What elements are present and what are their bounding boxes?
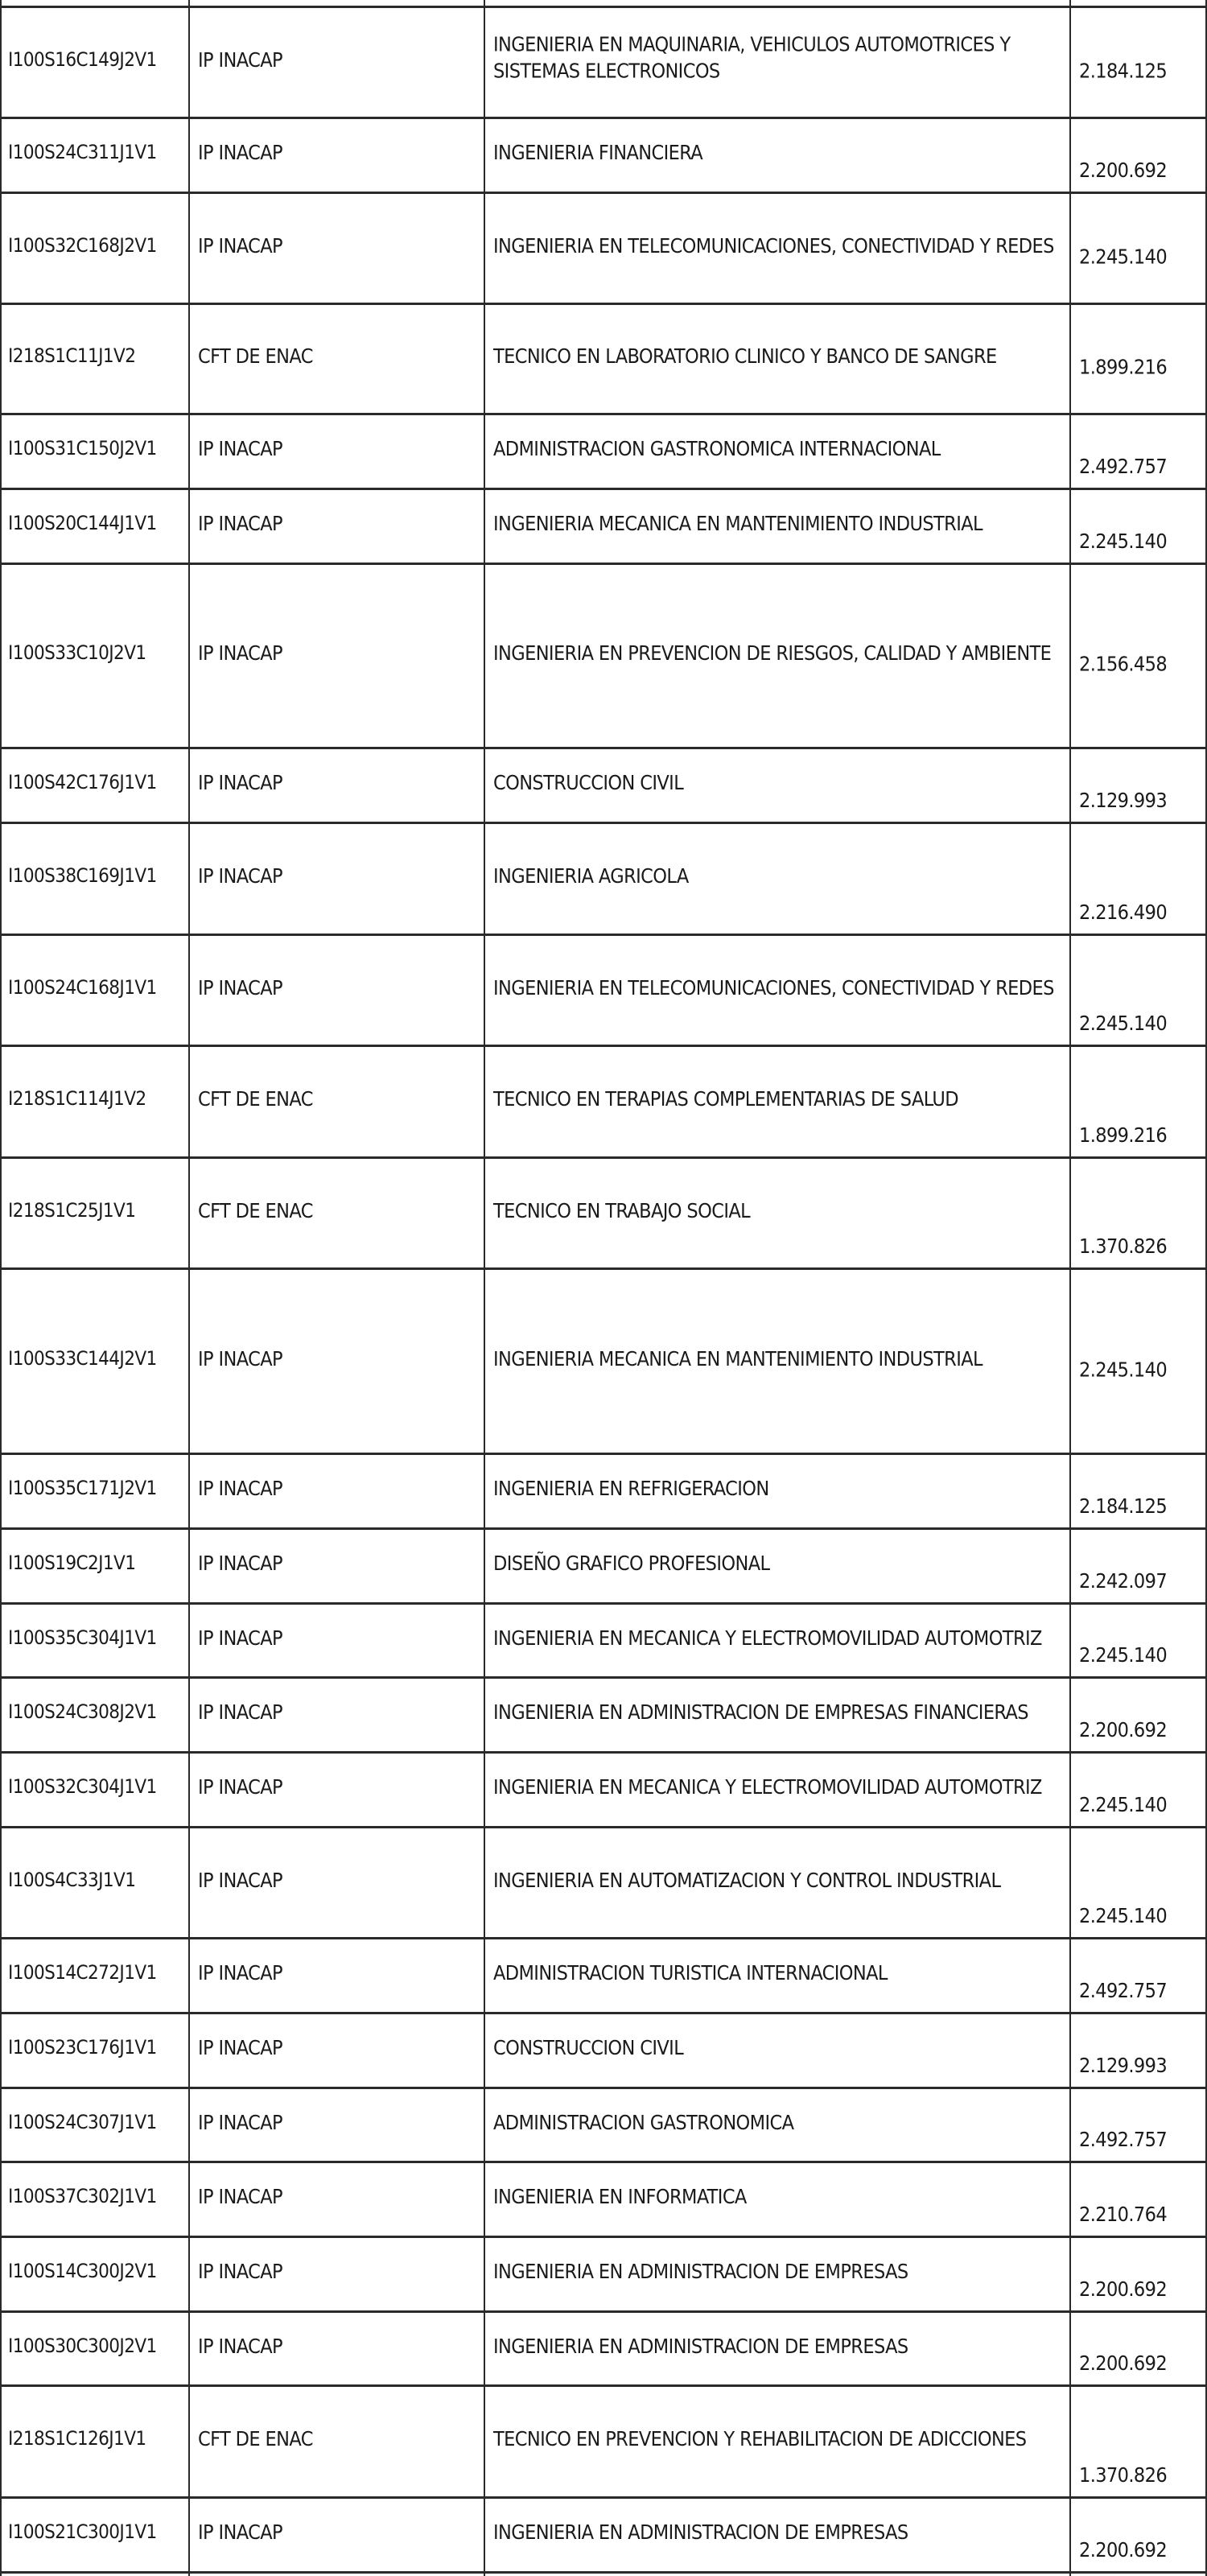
institution-cell: IP INACAP — [188, 824, 484, 934]
institution-cell: IP INACAP — [188, 119, 484, 192]
program-text: CONSTRUCCION CIVIL — [493, 769, 1065, 796]
code-cell: I100S33C144J2V1 — [0, 1270, 188, 1453]
institution-cell: IP INACAP — [188, 749, 484, 822]
amount-text: 2.245.140 — [1079, 243, 1201, 270]
amount-text: 2.242.097 — [1079, 1568, 1201, 1594]
amount-text: 2.492.757 — [1079, 453, 1201, 480]
program-cell: INGENIERIA EN MECANICA Y ELECTROMOVILIDA… — [484, 1754, 1069, 1826]
amount-cell: 2.245.140 — [1069, 1754, 1207, 1826]
program-cell: INGENIERIA EN REFRIGERACION — [484, 1455, 1069, 1527]
amount-cell: 2.200.692 — [1069, 2238, 1207, 2310]
amount-cell: 2.245.140 — [1069, 936, 1207, 1045]
table-row: I100S37C302J1V1IP INACAPINGENIERIA EN IN… — [0, 2161, 1207, 2236]
program-text: INGENIERIA EN REFRIGERACION — [493, 1475, 1065, 1502]
institution-cell: IP INACAP — [188, 2499, 484, 2571]
code-text: I100S4C33J1V1 — [8, 1867, 185, 1894]
program-text: INGENIERIA EN TELECOMUNICACIONES, CONECT… — [493, 233, 1065, 259]
table-row: I100S14C272J1V1IP INACAPADMINISTRACION T… — [0, 1937, 1207, 2012]
code-cell: I100S37C302J1V1 — [0, 2163, 188, 2236]
code-text: I100S32C168J2V1 — [8, 233, 185, 259]
code-text: I100S42C176J1V1 — [8, 769, 185, 796]
amount-text: 2.200.692 — [1079, 2276, 1201, 2302]
code-text: I100S20C144J1V1 — [8, 510, 185, 537]
program-text: TECNICO EN PREVENCION Y REHABILITACION D… — [493, 2426, 1065, 2452]
institution-cell: IP INACAP — [188, 2089, 484, 2161]
code-cell: I100S24C308J2V1 — [0, 1679, 188, 1751]
program-text: INGENIERIA EN MAQUINARIA, VEHICULOS AUTO… — [493, 31, 1065, 84]
program-text: ADMINISTRACION TURISTICA INTERNACIONAL — [493, 1960, 1065, 1986]
program-text: INGENIERIA EN TELECOMUNICACIONES, CONECT… — [493, 975, 1065, 1001]
code-cell: I100S4C33J1V1 — [0, 1828, 188, 1937]
institution-text: IP INACAP — [198, 1475, 479, 1502]
amount-cell: 2.245.140 — [1069, 1270, 1207, 1453]
institution-text: IP INACAP — [198, 435, 479, 462]
institution-text: IP INACAP — [198, 2519, 479, 2545]
amount-cell: 1.370.826 — [1069, 2387, 1207, 2496]
code-text: I218S1C114J1V2 — [8, 1086, 185, 1112]
institution-cell: IP INACAP — [188, 565, 484, 747]
code-text: I100S38C169J1V1 — [8, 863, 185, 889]
institution-text: IP INACAP — [198, 2333, 479, 2360]
code-cell: I100S14C300J2V1 — [0, 2238, 188, 2310]
code-text: I100S33C144J2V1 — [8, 1346, 185, 1372]
institution-text: IP INACAP — [198, 1346, 479, 1372]
amount-text: 2.245.140 — [1079, 1642, 1201, 1668]
amount-cell: 2.200.692 — [1069, 119, 1207, 192]
table-row: I100S33C144J2V1IP INACAPINGENIERIA MECAN… — [0, 1267, 1207, 1453]
institution-text: IP INACAP — [198, 47, 479, 73]
amount-text: 2.245.140 — [1079, 1902, 1201, 1929]
code-cell: I100S32C304J1V1 — [0, 1754, 188, 1826]
institution-text: IP INACAP — [198, 2183, 479, 2210]
amount-text: 2.129.993 — [1079, 2052, 1201, 2079]
code-cell: I100S20C144J1V1 — [0, 490, 188, 563]
code-text: I100S21C300J1V1 — [8, 2519, 185, 2545]
amount-cell: 2.492.757 — [1069, 415, 1207, 488]
institution-text: CFT DE ENAC — [198, 343, 479, 369]
program-cell: INGENIERIA EN TELECOMUNICACIONES, CONECT… — [484, 194, 1069, 303]
institution-text: IP INACAP — [198, 139, 479, 166]
table-row: I100S21C300J1V1IP INACAPINGENIERIA EN AD… — [0, 2496, 1207, 2571]
code-cell: I100S21C300J1V1 — [0, 2499, 188, 2571]
table-row: I100S31C150J2V1IP INACAPADMINISTRACION G… — [0, 413, 1207, 488]
program-text: INGENIERIA EN ADMINISTRACION DE EMPRESAS — [493, 2333, 1065, 2360]
institution-cell: IP INACAP — [188, 1828, 484, 1937]
institution-text: CFT DE ENAC — [198, 1197, 479, 1224]
table-row: I100S30C300J2V1IP INACAPINGENIERIA EN AD… — [0, 2310, 1207, 2384]
code-text: I100S24C307J1V1 — [8, 2109, 185, 2136]
amount-text: 2.245.140 — [1079, 1791, 1201, 1818]
program-cell: INGENIERIA EN ADMINISTRACION DE EMPRESAS… — [484, 1679, 1069, 1751]
amount-cell: 2.245.140 — [1069, 194, 1207, 303]
table-row: I100S32C304J1V1IP INACAPINGENIERIA EN ME… — [0, 1751, 1207, 1826]
institution-text: IP INACAP — [198, 863, 479, 889]
institution-cell: IP INACAP — [188, 1939, 484, 2012]
program-text: ADMINISTRACION GASTRONOMICA INTERNACIONA… — [493, 435, 1065, 462]
program-text: INGENIERIA MECANICA EN MANTENIMIENTO IND… — [493, 510, 1065, 537]
table-row: I100S24C308J2V1IP INACAPINGENIERIA EN AD… — [0, 1676, 1207, 1751]
program-text: ADMINISTRACION GASTRONOMICA — [493, 2109, 1065, 2136]
institution-text: IP INACAP — [198, 769, 479, 796]
program-cell: CONSTRUCCION CIVIL — [484, 2014, 1069, 2087]
institution-cell: IP INACAP — [188, 1605, 484, 1676]
amount-cell: 1.899.216 — [1069, 305, 1207, 413]
program-cell: ADMINISTRACION GASTRONOMICA — [484, 2089, 1069, 2161]
code-text: I100S23C176J1V1 — [8, 2034, 185, 2061]
program-cell: INGENIERIA EN TELECOMUNICACIONES, CONECT… — [484, 936, 1069, 1045]
code-text: I100S30C300J2V1 — [8, 2333, 185, 2360]
institution-text: IP INACAP — [198, 2109, 479, 2136]
code-cell: I100S19C2J1V1 — [0, 1530, 188, 1602]
program-cell: INGENIERIA EN MECANICA Y ELECTROMOVILIDA… — [484, 1605, 1069, 1676]
amount-text: 2.184.125 — [1079, 1493, 1201, 1519]
program-text: INGENIERIA EN ADMINISTRACION DE EMPRESAS… — [493, 1699, 1065, 1725]
table-row: I100S35C171J2V1IP INACAPINGENIERIA EN RE… — [0, 1453, 1207, 1527]
amount-text: 2.245.140 — [1079, 528, 1201, 554]
amount-text: 1.370.826 — [1079, 2462, 1201, 2488]
program-cell: INGENIERIA MECANICA EN MANTENIMIENTO IND… — [484, 1270, 1069, 1453]
code-text: I100S24C308J2V1 — [8, 1699, 185, 1725]
amount-text: 1.370.826 — [1079, 1233, 1201, 1259]
amount-cell: 2.129.993 — [1069, 2014, 1207, 2087]
table-row: I100S19C2J1V1IP INACAPDISEÑO GRAFICO PRO… — [0, 1527, 1207, 1602]
amount-text: 2.184.125 — [1079, 57, 1201, 84]
program-cell: TECNICO EN TRABAJO SOCIAL — [484, 1159, 1069, 1267]
amount-text: 2.200.692 — [1079, 2350, 1201, 2376]
institution-cell: IP INACAP — [188, 1530, 484, 1602]
code-cell: I100S35C171J2V1 — [0, 1455, 188, 1527]
code-cell: I100S33C10J2V1 — [0, 565, 188, 747]
program-text: INGENIERIA EN PREVENCION DE RIESGOS, CAL… — [493, 640, 1065, 666]
table-row: I100S20C144J1V1IP INACAPINGENIERIA MECAN… — [0, 488, 1207, 563]
program-cell: INGENIERIA AGRICOLA — [484, 824, 1069, 934]
institution-cell: CFT DE ENAC — [188, 2387, 484, 2496]
program-text: INGENIERIA AGRICOLA — [493, 863, 1065, 889]
amount-cell: 2.184.125 — [1069, 8, 1207, 117]
table-row: I100S24C168J1V1IP INACAPINGENIERIA EN TE… — [0, 934, 1207, 1045]
program-cell: INGENIERIA EN ADMINISTRACION DE EMPRESAS — [484, 2499, 1069, 2571]
amount-text: 2.216.490 — [1079, 899, 1201, 925]
amount-cell: 2.245.140 — [1069, 1605, 1207, 1676]
program-text: INGENIERIA MECANICA EN MANTENIMIENTO IND… — [493, 1346, 1065, 1372]
table-row: I218S1C114J1V2CFT DE ENACTECNICO EN TERA… — [0, 1045, 1207, 1156]
institution-cell: IP INACAP — [188, 2238, 484, 2310]
institution-text: CFT DE ENAC — [198, 2426, 479, 2452]
table-row: I100S4C33J1V1IP INACAPINGENIERIA EN AUTO… — [0, 1826, 1207, 1937]
program-text: INGENIERIA FINANCIERA — [493, 139, 1065, 166]
institution-text: IP INACAP — [198, 975, 479, 1001]
program-cell: TECNICO EN PREVENCION Y REHABILITACION D… — [484, 2387, 1069, 2496]
institution-cell: CFT DE ENAC — [188, 305, 484, 413]
institution-text: IP INACAP — [198, 1550, 479, 1577]
program-cell: INGENIERIA FINANCIERA — [484, 119, 1069, 192]
institution-cell: IP INACAP — [188, 1754, 484, 1826]
institution-cell: IP INACAP — [188, 194, 484, 303]
institution-text: IP INACAP — [198, 640, 479, 666]
table-row: I100S24C307J1V1IP INACAPADMINISTRACION G… — [0, 2087, 1207, 2161]
program-cell: ADMINISTRACION GASTRONOMICA INTERNACIONA… — [484, 415, 1069, 488]
program-text: TECNICO EN TRABAJO SOCIAL — [493, 1197, 1065, 1224]
amount-text: 2.245.140 — [1079, 1010, 1201, 1037]
institution-text: CFT DE ENAC — [198, 1086, 479, 1112]
amount-text: 2.245.140 — [1079, 1356, 1201, 1383]
code-cell: I100S32C168J2V1 — [0, 194, 188, 303]
table-row: I100S33C10J2V1IP INACAPINGENIERIA EN PRE… — [0, 563, 1207, 747]
institution-cell: IP INACAP — [188, 2163, 484, 2236]
code-text: I218S1C126J1V1 — [8, 2426, 185, 2452]
code-cell: I100S31C150J2V1 — [0, 415, 188, 488]
institution-text: IP INACAP — [198, 1960, 479, 1986]
amount-cell: 2.156.458 — [1069, 565, 1207, 747]
program-cell: INGENIERIA EN MAQUINARIA, VEHICULOS AUTO… — [484, 8, 1069, 117]
program-text: INGENIERIA EN INFORMATICA — [493, 2183, 1065, 2210]
amount-cell: 2.129.993 — [1069, 749, 1207, 822]
amount-cell: 1.899.216 — [1069, 1047, 1207, 1156]
code-text: I100S31C150J2V1 — [8, 435, 185, 462]
code-text: I100S32C304J1V1 — [8, 1774, 185, 1800]
amount-cell: 2.200.692 — [1069, 2499, 1207, 2571]
code-text: I100S16C149J2V1 — [8, 47, 185, 73]
amount-cell: 2.492.757 — [1069, 1939, 1207, 2012]
program-text: INGENIERIA EN MECANICA Y ELECTROMOVILIDA… — [493, 1774, 1065, 1800]
amount-text: 2.129.993 — [1079, 787, 1201, 814]
code-cell: I100S14C272J1V1 — [0, 1939, 188, 2012]
code-text: I100S19C2J1V1 — [8, 1550, 185, 1577]
code-cell: I100S35C304J1V1 — [0, 1605, 188, 1676]
institution-text: IP INACAP — [198, 233, 479, 259]
code-cell: I100S16C149J2V1 — [0, 8, 188, 117]
code-cell: I100S24C307J1V1 — [0, 2089, 188, 2161]
amount-text: 2.492.757 — [1079, 1977, 1201, 2004]
institution-cell: IP INACAP — [188, 936, 484, 1045]
program-text: TECNICO EN LABORATORIO CLINICO Y BANCO D… — [493, 343, 1065, 369]
program-cell: INGENIERIA EN PREVENCION DE RIESGOS, CAL… — [484, 565, 1069, 747]
code-cell: I100S30C300J2V1 — [0, 2313, 188, 2384]
institution-cell: IP INACAP — [188, 415, 484, 488]
program-cell: INGENIERIA EN ADMINISTRACION DE EMPRESAS — [484, 2238, 1069, 2310]
amount-cell: 1.370.826 — [1069, 1159, 1207, 1267]
code-text: I218S1C25J1V1 — [8, 1197, 185, 1224]
program-cell: TECNICO EN TERAPIAS COMPLEMENTARIAS DE S… — [484, 1047, 1069, 1156]
code-cell: I218S1C126J1V1 — [0, 2387, 188, 2496]
program-cell: INGENIERIA MECANICA EN MANTENIMIENTO IND… — [484, 490, 1069, 563]
table-row: I100S42C176J1V1IP INACAPCONSTRUCCION CIV… — [0, 747, 1207, 822]
program-cell: INGENIERIA EN ADMINISTRACION DE EMPRESAS — [484, 2313, 1069, 2384]
institution-text: IP INACAP — [198, 1867, 479, 1894]
table-row: I100S23C176J1V1IP INACAPCONSTRUCCION CIV… — [0, 2012, 1207, 2087]
institution-cell: IP INACAP — [188, 1679, 484, 1751]
amount-text: 2.210.764 — [1079, 2201, 1201, 2228]
amount-cell: 2.210.764 — [1069, 2163, 1207, 2236]
table-row-continuation — [0, 2571, 1207, 2576]
institution-cell: IP INACAP — [188, 8, 484, 117]
amount-text: 2.200.692 — [1079, 157, 1201, 183]
code-text: I100S35C171J2V1 — [8, 1475, 185, 1502]
amount-text: 2.200.692 — [1079, 1717, 1201, 1743]
table-row: I100S16C149J2V1IP INACAPINGENIERIA EN MA… — [0, 6, 1207, 117]
institution-text: IP INACAP — [198, 510, 479, 537]
program-cell: DISEÑO GRAFICO PROFESIONAL — [484, 1530, 1069, 1602]
code-cell: I100S42C176J1V1 — [0, 749, 188, 822]
institution-cell: IP INACAP — [188, 490, 484, 563]
program-text: TECNICO EN TERAPIAS COMPLEMENTARIAS DE S… — [493, 1086, 1065, 1112]
amount-cell: 2.492.757 — [1069, 2089, 1207, 2161]
amount-text: 1.899.216 — [1079, 1122, 1201, 1148]
code-text: I218S1C11J1V2 — [8, 343, 185, 369]
code-text: I100S37C302J1V1 — [8, 2183, 185, 2210]
table-row: I218S1C11J1V2CFT DE ENACTECNICO EN LABOR… — [0, 303, 1207, 413]
institution-cell: IP INACAP — [188, 2313, 484, 2384]
institution-text: IP INACAP — [198, 1699, 479, 1725]
institution-cell: IP INACAP — [188, 2014, 484, 2087]
code-cell: I218S1C25J1V1 — [0, 1159, 188, 1267]
code-text: I100S33C10J2V1 — [8, 640, 185, 666]
code-cell: I100S38C169J1V1 — [0, 824, 188, 934]
amount-cell: 2.245.140 — [1069, 1828, 1207, 1937]
program-text: DISEÑO GRAFICO PROFESIONAL — [493, 1550, 1065, 1577]
program-text: INGENIERIA EN AUTOMATIZACION Y CONTROL I… — [493, 1867, 1065, 1894]
program-text: CONSTRUCCION CIVIL — [493, 2034, 1065, 2061]
code-cell: I100S23C176J1V1 — [0, 2014, 188, 2087]
amount-cell: 2.245.140 — [1069, 490, 1207, 563]
table-row: I218S1C25J1V1CFT DE ENACTECNICO EN TRABA… — [0, 1156, 1207, 1267]
amount-text: 2.200.692 — [1079, 2537, 1201, 2563]
amount-cell: 2.200.692 — [1069, 2313, 1207, 2384]
code-cell: I100S24C168J1V1 — [0, 936, 188, 1045]
table-row: I218S1C126J1V1CFT DE ENACTECNICO EN PREV… — [0, 2384, 1207, 2496]
amount-text: 2.156.458 — [1079, 650, 1201, 677]
institution-text: IP INACAP — [198, 2258, 479, 2285]
institution-text: IP INACAP — [198, 1625, 479, 1651]
amount-text: 2.492.757 — [1079, 2126, 1201, 2153]
amount-cell: 2.242.097 — [1069, 1530, 1207, 1602]
program-cell: ADMINISTRACION TURISTICA INTERNACIONAL — [484, 1939, 1069, 2012]
amount-cell: 2.200.692 — [1069, 1679, 1207, 1751]
table-row: I100S35C304J1V1IP INACAPINGENIERIA EN ME… — [0, 1602, 1207, 1676]
program-cell: INGENIERIA EN AUTOMATIZACION Y CONTROL I… — [484, 1828, 1069, 1937]
table-row: I100S38C169J1V1IP INACAPINGENIERIA AGRIC… — [0, 822, 1207, 934]
table-row: I100S24C311J1V1IP INACAPINGENIERIA FINAN… — [0, 117, 1207, 192]
program-text: INGENIERIA EN ADMINISTRACION DE EMPRESAS — [493, 2519, 1065, 2545]
institution-cell: CFT DE ENAC — [188, 1047, 484, 1156]
institution-cell: IP INACAP — [188, 1455, 484, 1527]
institution-cell: CFT DE ENAC — [188, 1159, 484, 1267]
code-text: I100S14C272J1V1 — [8, 1960, 185, 1986]
institution-cell: IP INACAP — [188, 1270, 484, 1453]
amount-text: 1.899.216 — [1079, 353, 1201, 380]
amount-cell: 2.184.125 — [1069, 1455, 1207, 1527]
program-text: INGENIERIA EN ADMINISTRACION DE EMPRESAS — [493, 2258, 1065, 2285]
code-text: I100S35C304J1V1 — [8, 1625, 185, 1651]
institution-text: IP INACAP — [198, 2034, 479, 2061]
program-cell: CONSTRUCCION CIVIL — [484, 749, 1069, 822]
institution-text: IP INACAP — [198, 1774, 479, 1800]
code-cell: I218S1C114J1V2 — [0, 1047, 188, 1156]
program-cell: INGENIERIA EN INFORMATICA — [484, 2163, 1069, 2236]
code-text: I100S24C311J1V1 — [8, 139, 185, 166]
program-text: INGENIERIA EN MECANICA Y ELECTROMOVILIDA… — [493, 1625, 1065, 1651]
code-text: I100S14C300J2V1 — [8, 2258, 185, 2285]
code-cell: I100S24C311J1V1 — [0, 119, 188, 192]
table-row: I100S14C300J2V1IP INACAPINGENIERIA EN AD… — [0, 2236, 1207, 2310]
code-text: I100S24C168J1V1 — [8, 975, 185, 1001]
amount-cell: 2.216.490 — [1069, 824, 1207, 934]
program-cell: TECNICO EN LABORATORIO CLINICO Y BANCO D… — [484, 305, 1069, 413]
code-cell: I218S1C11J1V2 — [0, 305, 188, 413]
table-row: I100S32C168J2V1IP INACAPINGENIERIA EN TE… — [0, 192, 1207, 303]
